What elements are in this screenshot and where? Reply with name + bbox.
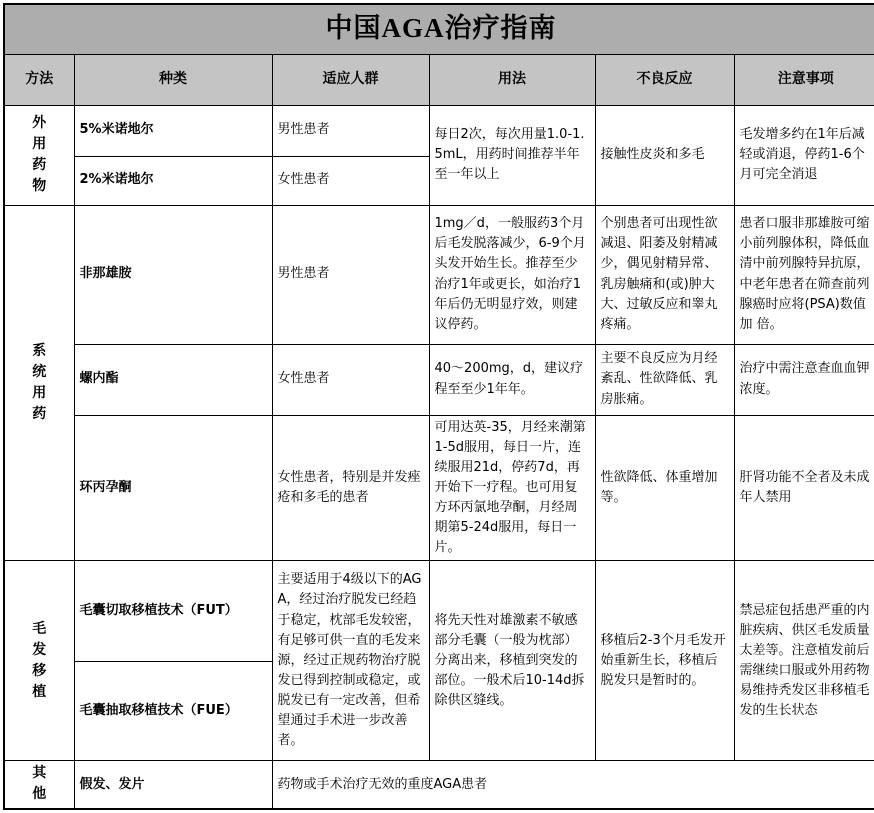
table-row: 毛发移植 毛囊切取移植技术（FUT） 主要适用于4级以下的AGA，经过治疗脱发已… xyxy=(4,561,874,662)
group-label-text: 其他 xyxy=(31,763,49,805)
cell-population: 女性患者 xyxy=(272,344,429,415)
cell-type: 毛囊抽取移植技术（FUE） xyxy=(74,662,272,761)
title-row: 中国AGA治疗指南 xyxy=(4,4,874,54)
cell-type: 非那雄胺 xyxy=(74,205,272,344)
cell-type: 螺内酯 xyxy=(74,344,272,415)
cell-adverse: 接触性皮炎和多毛 xyxy=(595,105,734,205)
cell-usage: 1mg／d，一般服药3个月后毛发脱落减少，6-9个月头发开始生长。推荐至少治疗1… xyxy=(429,205,595,344)
aga-guideline-table: 中国AGA治疗指南 方法 种类 适应人群 用法 不良反应 注意事项 外用药物 5… xyxy=(3,3,874,810)
page: 中国AGA治疗指南 方法 种类 适应人群 用法 不良反应 注意事项 外用药物 5… xyxy=(0,0,874,813)
cell-type: 5%米诺地尔 xyxy=(74,105,272,156)
group-label-text: 系统用药 xyxy=(31,341,49,425)
cell-population: 男性患者 xyxy=(272,205,429,344)
group-label-text: 外用药物 xyxy=(31,113,49,197)
cell-notes: 肝肾功能不全者及未成年人禁用 xyxy=(734,415,874,561)
table-row: 环丙孕酮 女性患者，特别是并发痤疮和多毛的患者 可用达英-35，月经来潮第1-5… xyxy=(4,415,874,561)
cell-type: 假发、发片 xyxy=(74,761,272,809)
cell-usage: 将先天性对雄激素不敏感部分毛囊（一般为枕部）分离出来，移植到突发的部位。一般术后… xyxy=(429,561,595,761)
table-row: 螺内酯 女性患者 40～200mg，d，建议疗程至至少1年年。 主要不良反应为月… xyxy=(4,344,874,415)
cell-adverse: 主要不良反应为月经紊乱、性欲降低、乳房胀痛。 xyxy=(595,344,734,415)
group-label-other: 其他 xyxy=(4,761,74,809)
header-row: 方法 种类 适应人群 用法 不良反应 注意事项 xyxy=(4,54,874,105)
cell-population: 主要适用于4级以下的AGA，经过治疗脱发已经趋于稳定，枕部毛发较密，有足够可供一… xyxy=(272,561,429,761)
cell-type: 毛囊切取移植技术（FUT） xyxy=(74,561,272,662)
cell-adverse: 移植后2-3个月毛发开始重新生长，移植后脱发只是暂时的。 xyxy=(595,561,734,761)
page-title: 中国AGA治疗指南 xyxy=(4,4,874,54)
cell-population: 男性患者 xyxy=(272,105,429,156)
col-header-population: 适应人群 xyxy=(272,54,429,105)
cell-adverse: 个别患者可出现性欲减退、阳萎及射精减少，偶见射精异常、乳房触痛和(或)肿大大、过… xyxy=(595,205,734,344)
cell-notes: 治疗中需注意查血血钾浓度。 xyxy=(734,344,874,415)
cell-population: 女性患者 xyxy=(272,156,429,205)
cell-type: 2%米诺地尔 xyxy=(74,156,272,205)
cell-notes: 禁忌症包括患严重的内脏疾病、供区毛发质量太差等。注意植发前后需继续口服或外用药物… xyxy=(734,561,874,761)
cell-merged-population: 药物或手术治疗无效的重度AGA患者 xyxy=(272,761,874,809)
cell-type: 环丙孕酮 xyxy=(74,415,272,561)
cell-notes: 患者口服非那雄胺可缩小前列腺体积，降低血清中前列腺特异抗原，中老年患者在筛查前列… xyxy=(734,205,874,344)
group-label-transplant: 毛发移植 xyxy=(4,561,74,761)
group-label-systemic: 系统用药 xyxy=(4,205,74,561)
cell-population: 女性患者，特别是并发痤疮和多毛的患者 xyxy=(272,415,429,561)
col-header-adverse: 不良反应 xyxy=(595,54,734,105)
cell-adverse: 性欲降低、体重增加等。 xyxy=(595,415,734,561)
col-header-usage: 用法 xyxy=(429,54,595,105)
cell-usage: 40～200mg，d，建议疗程至至少1年年。 xyxy=(429,344,595,415)
table-row: 外用药物 5%米诺地尔 男性患者 每日2次，每次用量1.0-1.5mL，用药时间… xyxy=(4,105,874,156)
table-row: 系统用药 非那雄胺 男性患者 1mg／d，一般服药3个月后毛发脱落减少，6-9个… xyxy=(4,205,874,344)
group-label-topical: 外用药物 xyxy=(4,105,74,205)
table-row: 其他 假发、发片 药物或手术治疗无效的重度AGA患者 xyxy=(4,761,874,809)
group-label-text: 毛发移植 xyxy=(31,619,49,703)
col-header-method: 方法 xyxy=(4,54,74,105)
cell-notes: 毛发增多约在1年后减轻或消退，停药1-6个月可完全消退 xyxy=(734,105,874,205)
cell-usage: 每日2次，每次用量1.0-1.5mL，用药时间推荐半年至一年以上 xyxy=(429,105,595,205)
cell-usage: 可用达英-35，月经来潮第1-5d服用，每日一片，连续服用21d，停药7d，再开… xyxy=(429,415,595,561)
col-header-type: 种类 xyxy=(74,54,272,105)
col-header-notes: 注意事项 xyxy=(734,54,874,105)
